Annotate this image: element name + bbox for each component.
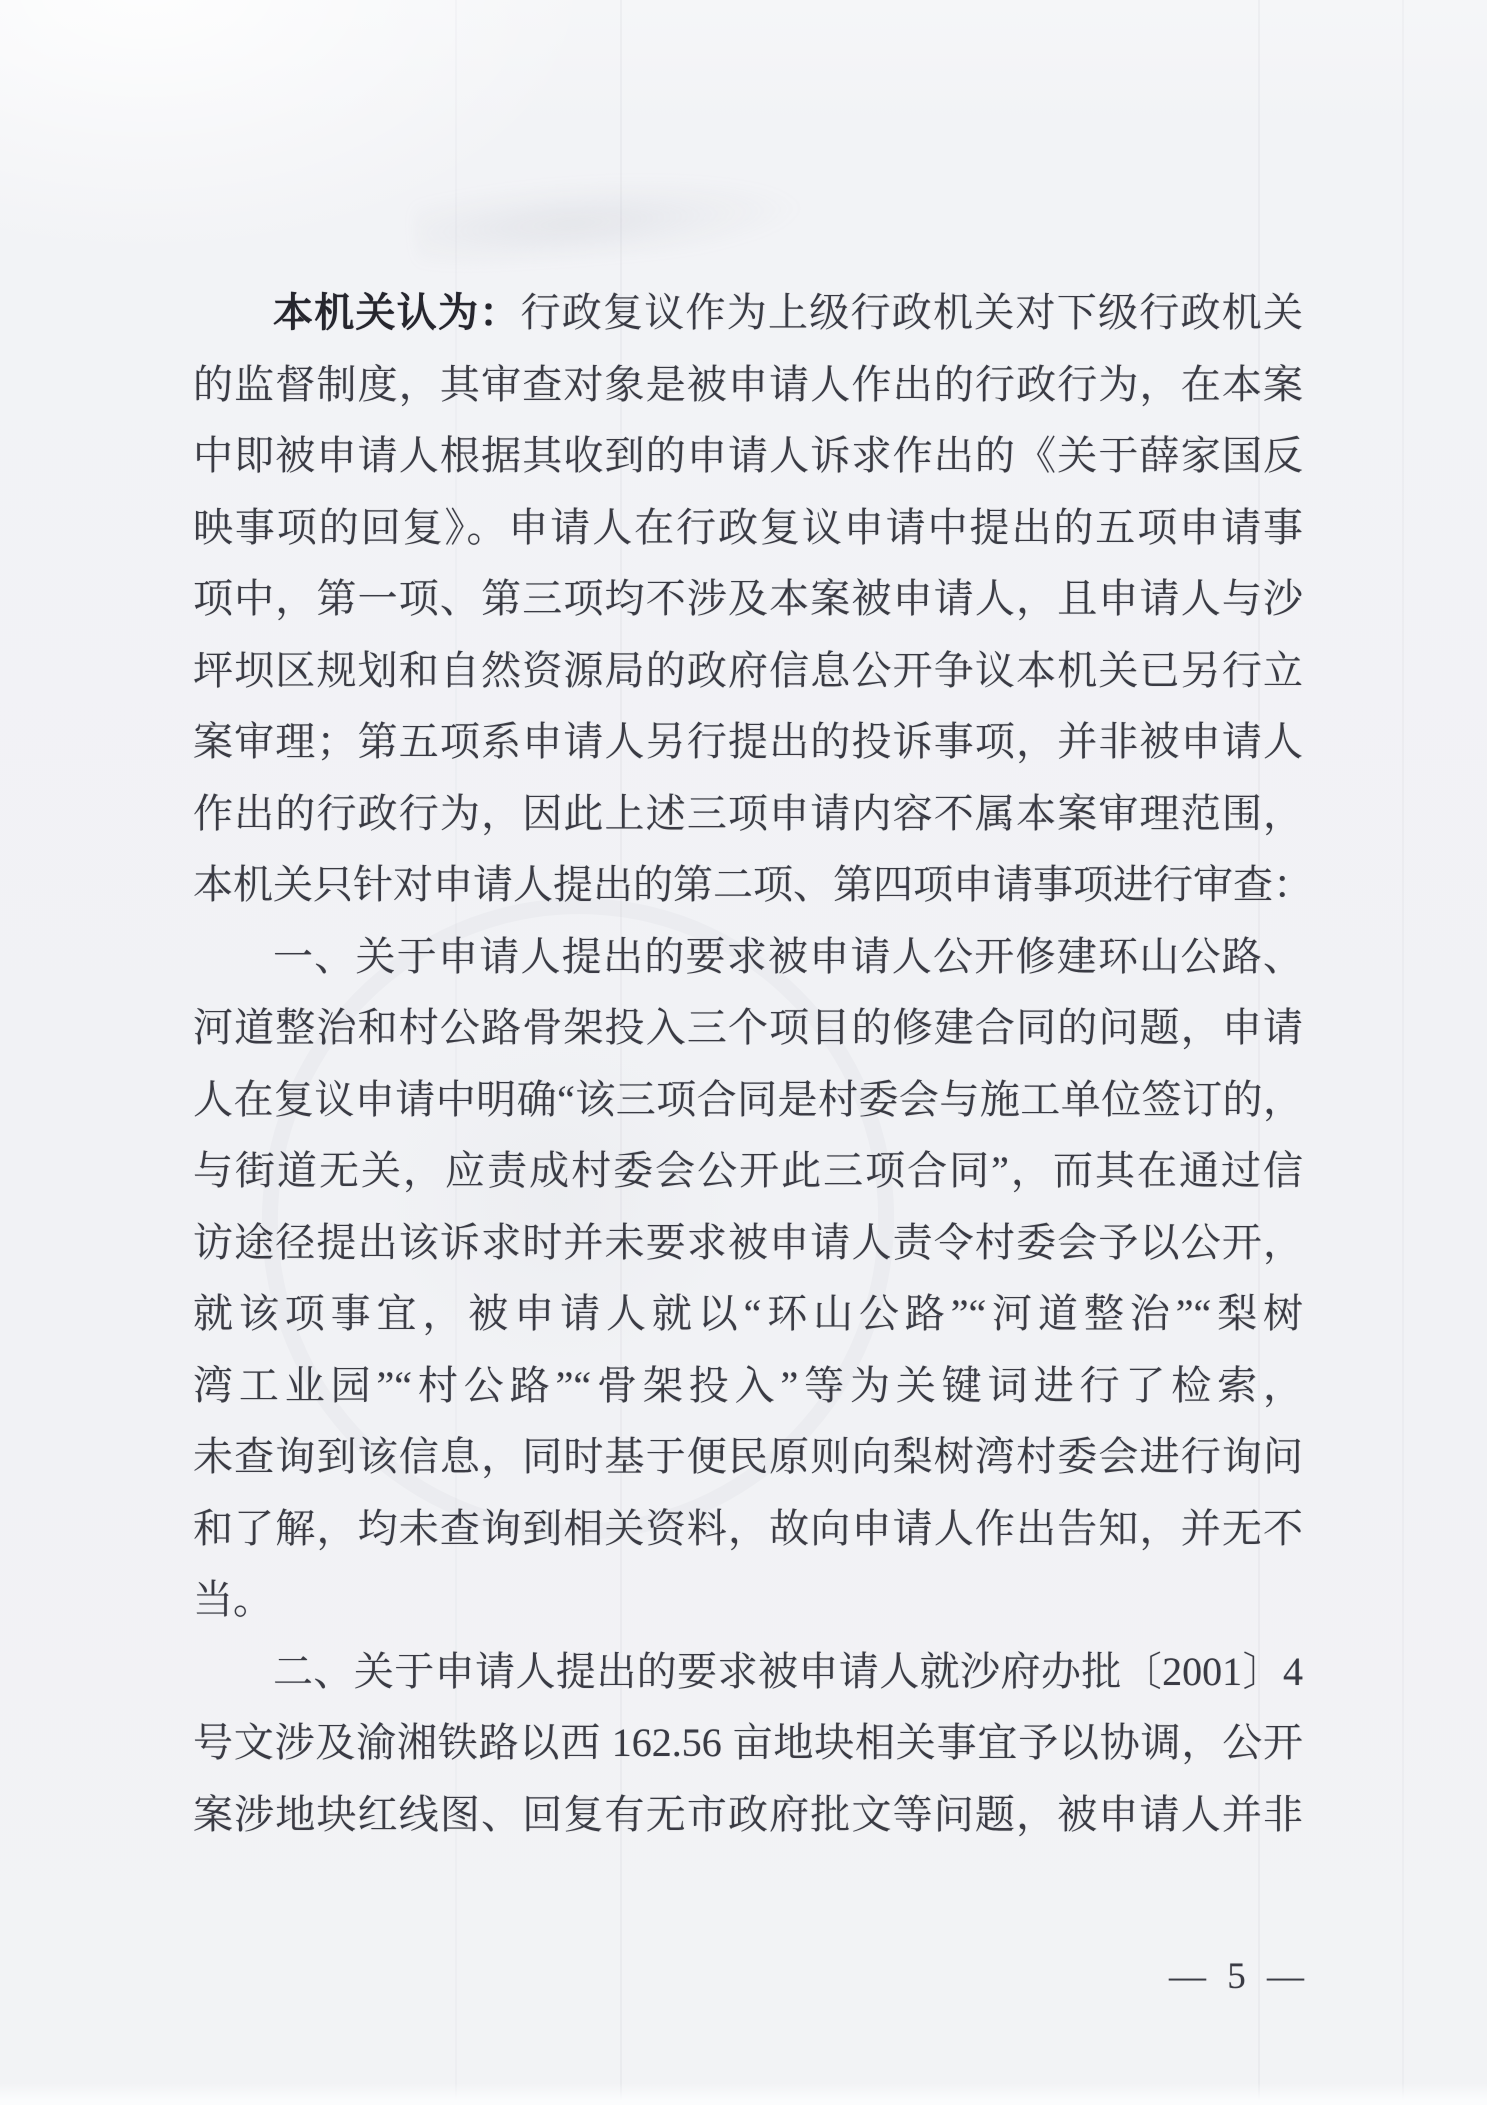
text-line: 二、关于申请人提出的要求被申请人就沙府办批〔2001〕4 [193, 1636, 1303, 1708]
text-line: 访途径提出该诉求时并未要求被申请人责令村委会予以公开， [193, 1207, 1303, 1279]
text-line: 与街道无关，应责成村委会公开此三项合同”，而其在通过信 [193, 1135, 1303, 1207]
text-line: 和了解，均未查询到相关资料，故向申请人作出告知，并无不 [193, 1493, 1303, 1565]
text-line: 号文涉及渝湘铁路以西 162.56 亩地块相关事宜予以协调，公开 [193, 1707, 1303, 1779]
text-line: 一、关于申请人提出的要求被申请人公开修建环山公路、 [193, 921, 1303, 993]
scan-smudge [413, 164, 807, 269]
text-line: 作出的行政行为，因此上述三项申请内容不属本案审理范围， [193, 778, 1303, 850]
text-line: 案涉地块红线图、回复有无市政府批文等问题，被申请人并非 [193, 1779, 1303, 1851]
page-number: — 5 — [1130, 1953, 1310, 2001]
text-line: 就该项事宜，被申请人就以“环山公路”“河道整治”“梨树 [193, 1278, 1303, 1350]
document-page: 本机关认为：行政复议作为上级行政机关对下级行政机关 的监督制度，其审查对象是被申… [0, 0, 1487, 2105]
text-line: 人在复议申请中明确“该三项合同是村委会与施工单位签订的， [193, 1064, 1303, 1136]
text-line: 的监督制度，其审查对象是被申请人作出的行政行为，在本案 [193, 349, 1303, 421]
text-line: 河道整治和村公路骨架投入三个项目的修建合同的问题，申请 [193, 992, 1303, 1064]
scan-bottom-edge [0, 2083, 1487, 2105]
text-run: 行政复议作为上级行政机关对下级行政机关 [521, 290, 1304, 335]
text-line: 坪坝区规划和自然资源局的政府信息公开争议本机关已另行立 [193, 635, 1303, 707]
scan-corner-highlight [0, 0, 640, 280]
text-line: 映事项的回复》。申请人在行政复议申请中提出的五项申请事 [193, 492, 1303, 564]
text-line: 中即被申请人根据其收到的申请人诉求作出的《关于薛家国反 [193, 420, 1303, 492]
text-line: 项中，第一项、第三项均不涉及本案被申请人，且申请人与沙 [193, 563, 1303, 635]
text-line: 湾工业园”“村公路”“骨架投入”等为关键词进行了检索， [193, 1350, 1303, 1422]
text-line: 案审理；第五项系申请人另行提出的投诉事项，并非被申请人 [193, 706, 1303, 778]
text-line: 本机关只针对申请人提出的第二项、第四项申请事项进行审查： [193, 849, 1303, 921]
text-line: 未查询到该信息，同时基于便民原则向梨树湾村委会进行询问 [193, 1421, 1303, 1493]
text-line: 本机关认为：行政复议作为上级行政机关对下级行政机关 [193, 277, 1303, 349]
fold-crease-line [1402, 0, 1404, 2105]
text-block: 本机关认为：行政复议作为上级行政机关对下级行政机关 的监督制度，其审查对象是被申… [193, 277, 1303, 1850]
text-line: 当。 [193, 1564, 1303, 1636]
paragraph-lead: 本机关认为： [273, 291, 521, 335]
